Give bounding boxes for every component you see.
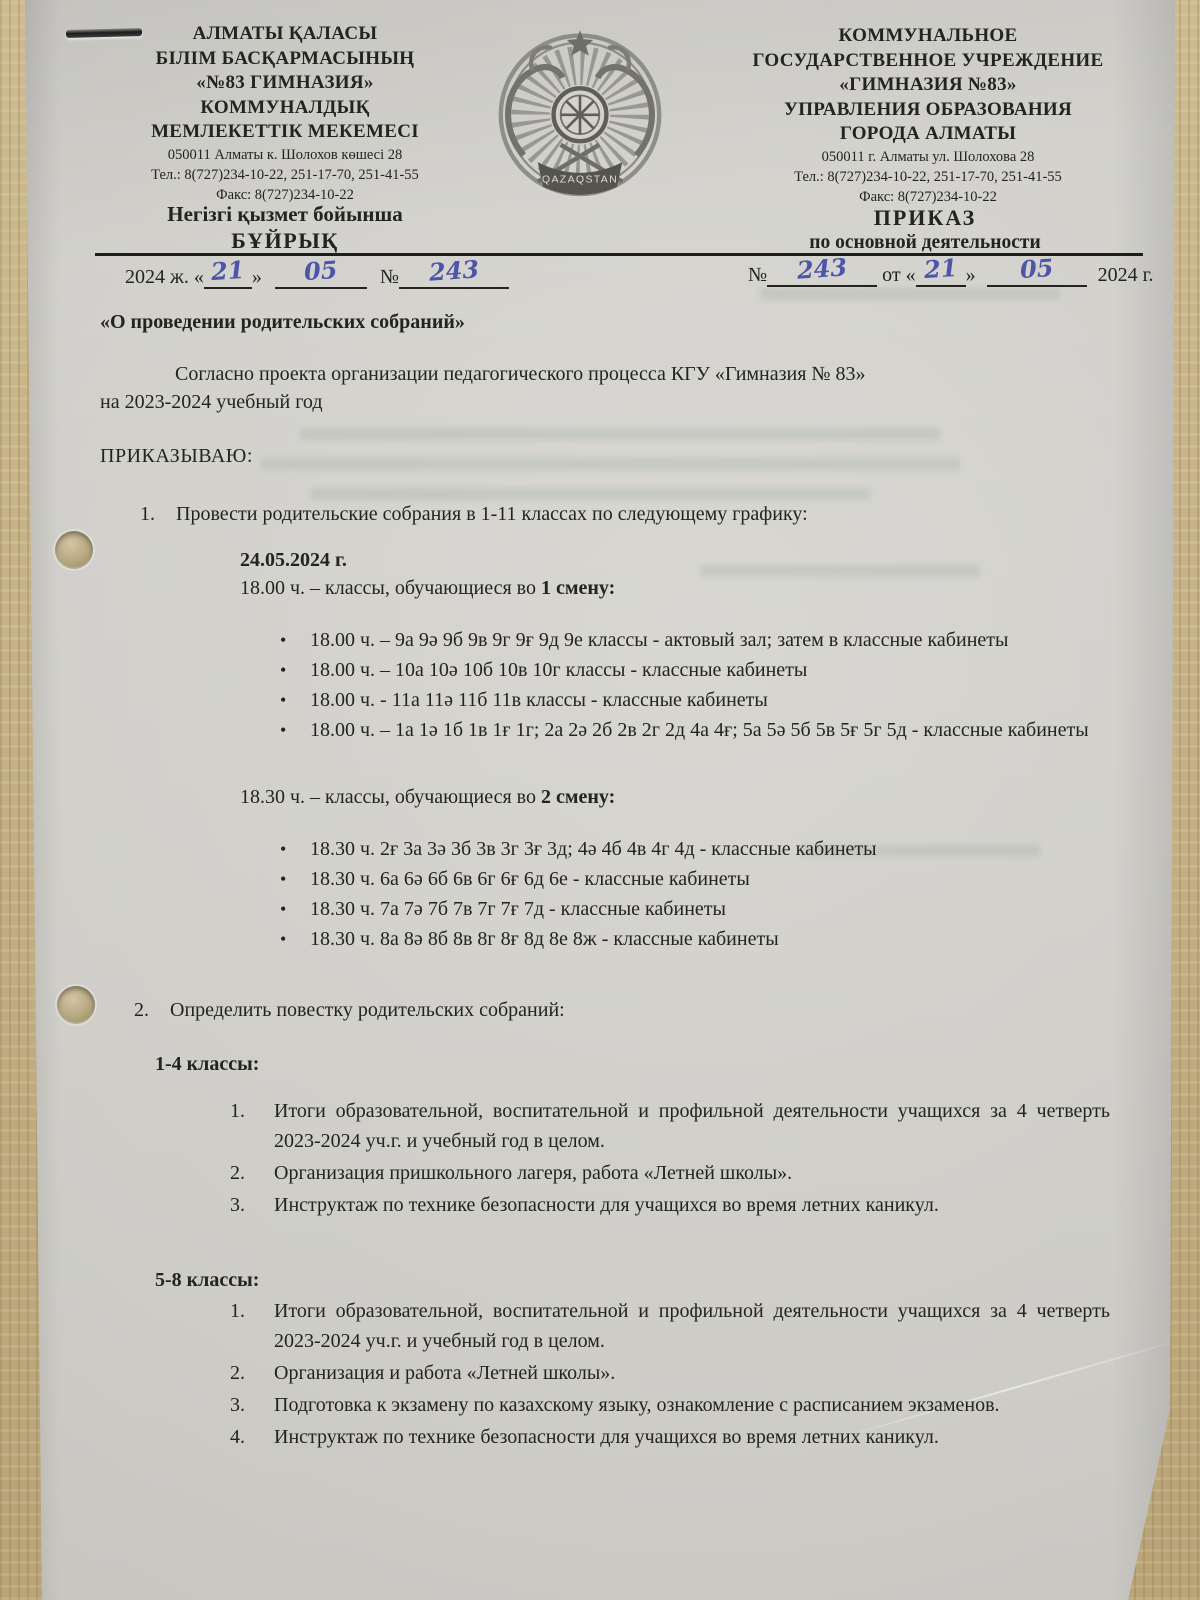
list-item: •18.00 ч. – 9а 9ә 9б 9в 9г 9ғ 9д 9е клас… bbox=[280, 626, 1110, 655]
list-item-text: 18.30 ч. 7а 7ә 7б 7в 7г 7ғ 7д - классные… bbox=[310, 895, 726, 924]
intro-paragraph: Согласно проекта организации педагогичес… bbox=[100, 360, 1110, 416]
list-item: 4.Инструктаж по технике безопасности для… bbox=[230, 1422, 1110, 1452]
from-label: от « bbox=[882, 264, 915, 286]
order-subject-ru: по основной деятельности bbox=[700, 231, 1150, 255]
shift1-list: •18.00 ч. – 9а 9ә 9б 9в 9г 9ғ 9д 9е клас… bbox=[100, 626, 1110, 745]
list-item-text: 18.00 ч. – 10а 10ә 10б 10в 10г классы - … bbox=[310, 656, 807, 685]
agenda-list-1-4: 1.Итоги образовательной, воспитательной … bbox=[100, 1096, 1110, 1220]
bullet-icon: • bbox=[280, 686, 310, 715]
list-item-text: Организация пришкольного лагеря, работа … bbox=[274, 1158, 1110, 1188]
list-item-text: Итоги образовательной, воспитательной и … bbox=[274, 1296, 1110, 1356]
order-dateline-kazakh: 2024 ж. «21» 05 №243 bbox=[125, 261, 509, 289]
quote-close: » bbox=[252, 266, 262, 288]
org-name-line: УПРАВЛЕНИЯ ОБРАЗОВАНИЯ bbox=[703, 98, 1153, 123]
list-item-text: 18.00 ч. - 11а 11ә 11б 11в классы - клас… bbox=[310, 686, 768, 715]
order-item-2: 2. Определить повестку родительских собр… bbox=[100, 996, 1110, 1024]
desk-background: { "colors": {"ink":"#23241f","hand_ink":… bbox=[0, 0, 1200, 1600]
bullet-icon: • bbox=[280, 626, 310, 655]
list-item-text: Подготовка к экзамену по казахскому язык… bbox=[274, 1390, 1110, 1420]
scanned-document-page: АЛМАТЫ ҚАЛАСЫ БІЛІМ БАСҚАРМАСЫНЫҢ «№83 Г… bbox=[0, 0, 1200, 1600]
number-sign: № bbox=[380, 266, 399, 288]
list-item: •18.30 ч. 8а 8ә 8б 8в 8г 8ғ 8д 8е 8ж - к… bbox=[280, 925, 1110, 954]
list-item: •18.30 ч. 7а 7ә 7б 7в 7г 7ғ 7д - классны… bbox=[280, 895, 1110, 924]
list-item-text: Организация и работа «Летней школы». bbox=[274, 1358, 1110, 1388]
item-number: 3. bbox=[230, 1390, 274, 1420]
org-name-line: КОММУНАЛДЫҚ bbox=[85, 96, 485, 121]
shift1-bold: 1 смену: bbox=[541, 577, 615, 599]
org-name-line: «№83 ГИМНАЗИЯ» bbox=[85, 71, 485, 96]
bleed-through-smudge bbox=[760, 288, 1060, 300]
header-divider-line bbox=[95, 253, 1143, 256]
order-word-ru: ПРИКАЗ bbox=[700, 204, 1150, 231]
list-item: 1.Итоги образовательной, воспитательной … bbox=[230, 1296, 1110, 1356]
org-address: 050011 г. Алматы ул. Шолохова 28 bbox=[703, 148, 1153, 167]
document-title: «О проведении родительских собраний» bbox=[100, 308, 1110, 336]
document-body: «О проведении родительских собраний» Сог… bbox=[100, 308, 1110, 1454]
org-block-russian: КОММУНАЛЬНОЕ ГОСУДАРСТВЕННОЕ УЧРЕЖДЕНИЕ … bbox=[703, 24, 1153, 207]
org-name-line: АЛМАТЫ ҚАЛАСЫ bbox=[85, 22, 485, 47]
handwritten-number: 243 bbox=[428, 259, 479, 282]
handwritten-number: 243 bbox=[796, 257, 847, 280]
list-item-text: Инструктаж по технике безопасности для у… bbox=[274, 1422, 1110, 1452]
year-suffix: 2024 г. bbox=[1098, 264, 1154, 286]
list-item-text: 18.30 ч. 6а 6ә 6б 6в 6г 6ғ 6д 6е - класс… bbox=[310, 865, 750, 894]
bullet-icon: • bbox=[280, 925, 310, 954]
shift2-bold: 2 смену: bbox=[541, 786, 615, 808]
item-number: 1. bbox=[140, 500, 176, 528]
list-item: •18.00 ч. - 11а 11ә 11б 11в классы - кла… bbox=[280, 686, 1110, 715]
shift1-heading: 18.00 ч. – классы, обучающиеся во 1 смен… bbox=[240, 574, 1110, 602]
list-item: 3.Инструктаж по технике безопасности для… bbox=[230, 1190, 1110, 1220]
bullet-icon: • bbox=[280, 656, 310, 685]
kazakhstan-coat-of-arms-icon: QAZAQSTAN bbox=[492, 22, 668, 204]
schedule-date: 24.05.2024 г. bbox=[240, 546, 1110, 574]
bullet-icon: • bbox=[280, 865, 310, 894]
org-phone: Тел.: 8(727)234-10-22, 251-17-70, 251-41… bbox=[85, 166, 485, 185]
org-phone: Тел.: 8(727)234-10-22, 251-17-70, 251-41… bbox=[703, 168, 1153, 187]
list-item: 2.Организация и работа «Летней школы». bbox=[230, 1358, 1110, 1388]
list-item: 2.Организация пришкольного лагеря, работ… bbox=[230, 1158, 1110, 1188]
agenda-list-5-8: 1.Итоги образовательной, воспитательной … bbox=[100, 1296, 1110, 1452]
list-item: •18.00 ч. – 1а 1ә 1б 1в 1ғ 1г; 2а 2ә 2б … bbox=[280, 716, 1110, 745]
org-name-line: ГОСУДАРСТВЕННОЕ УЧРЕЖДЕНИЕ bbox=[703, 49, 1153, 74]
order-item-1: 1. Провести родительские собрания в 1-11… bbox=[100, 500, 1110, 528]
intro-line: Согласно проекта организации педагогичес… bbox=[100, 360, 1110, 388]
item-number: 1. bbox=[230, 1296, 274, 1356]
item-text: Определить повестку родительских собрани… bbox=[170, 996, 565, 1024]
resolution-word: ПРИКАЗЫВАЮ: bbox=[100, 442, 1110, 470]
item-number: 4. bbox=[230, 1422, 274, 1452]
agenda-heading-5-8: 5-8 классы: bbox=[100, 1266, 1110, 1294]
bullet-icon: • bbox=[280, 716, 310, 745]
bullet-icon: • bbox=[280, 895, 310, 924]
list-item-text: 18.00 ч. – 1а 1ә 1б 1в 1ғ 1г; 2а 2ә 2б 2… bbox=[310, 716, 1089, 745]
emblem-caption: QAZAQSTAN bbox=[542, 174, 618, 186]
item-number: 2. bbox=[230, 1358, 274, 1388]
item-text: Провести родительские собрания в 1-11 кл… bbox=[176, 500, 808, 528]
order-subject-kz: Негізгі қызмет бойынша bbox=[85, 201, 485, 227]
handwritten-day: 21 bbox=[210, 260, 245, 282]
schedule-header: 24.05.2024 г. 18.00 ч. – классы, обучающ… bbox=[100, 546, 1110, 602]
org-name-line: КОММУНАЛЬНОЕ bbox=[703, 24, 1153, 49]
org-address: 050011 Алматы к. Шолохов көшесі 28 bbox=[85, 146, 485, 165]
order-heading-kazakh: Негізгі қызмет бойынша БҰЙРЫҚ bbox=[85, 201, 485, 254]
item-number: 3. bbox=[230, 1190, 274, 1220]
list-item-text: 18.30 ч. 8а 8ә 8б 8в 8г 8ғ 8д 8е 8ж - кл… bbox=[310, 925, 779, 954]
org-name-line: МЕМЛЕКЕТТІК МЕКЕМЕСІ bbox=[85, 120, 485, 145]
list-item: •18.00 ч. – 10а 10ә 10б 10в 10г классы -… bbox=[280, 656, 1110, 685]
order-dateline-russian: №243 от «21» 05 2024 г. bbox=[748, 259, 1154, 287]
handwritten-month: 05 bbox=[1019, 258, 1054, 280]
intro-line: на 2023-2024 учебный год bbox=[100, 388, 1110, 416]
number-sign: № bbox=[748, 264, 767, 286]
bullet-icon: • bbox=[280, 835, 310, 864]
order-word-kz: БҰЙРЫҚ bbox=[85, 227, 485, 254]
shift2-heading: 18.30 ч. – классы, обучающиеся во 2 смен… bbox=[100, 783, 1110, 811]
item-number: 2. bbox=[134, 996, 170, 1024]
hole-punch-top bbox=[55, 531, 93, 569]
item-number: 1. bbox=[230, 1096, 274, 1156]
org-name-line: БІЛІМ БАСҚАРМАСЫНЫҢ bbox=[85, 47, 485, 72]
org-name-line: «ГИМНАЗИЯ №83» bbox=[703, 73, 1153, 98]
list-item-text: 18.00 ч. – 9а 9ә 9б 9в 9г 9ғ 9д 9е класс… bbox=[310, 626, 1008, 655]
agenda-heading-1-4: 1-4 классы: bbox=[100, 1050, 1110, 1078]
hole-punch-bottom bbox=[57, 986, 95, 1024]
list-item-text: Инструктаж по технике безопасности для у… bbox=[274, 1190, 1110, 1220]
handwritten-month: 05 bbox=[303, 260, 338, 282]
order-heading-russian: ПРИКАЗ по основной деятельности bbox=[700, 204, 1150, 255]
list-item-text: Итоги образовательной, воспитательной и … bbox=[274, 1096, 1110, 1156]
list-item: 3.Подготовка к экзамену по казахскому яз… bbox=[230, 1390, 1110, 1420]
handwritten-day: 21 bbox=[923, 258, 958, 280]
date-prefix: 2024 ж. « bbox=[125, 266, 204, 288]
org-block-kazakh: АЛМАТЫ ҚАЛАСЫ БІЛІМ БАСҚАРМАСЫНЫҢ «№83 Г… bbox=[85, 22, 485, 205]
shift2-list: •18.30 ч. 2ғ 3а 3ә 3б 3в 3г 3ғ 3д; 4ә 4б… bbox=[100, 835, 1110, 954]
list-item: •18.30 ч. 6а 6ә 6б 6в 6г 6ғ 6д 6е - клас… bbox=[280, 865, 1110, 894]
list-item-text: 18.30 ч. 2ғ 3а 3ә 3б 3в 3г 3ғ 3д; 4ә 4б … bbox=[310, 835, 877, 864]
list-item: 1.Итоги образовательной, воспитательной … bbox=[230, 1096, 1110, 1156]
org-name-line: ГОРОДА АЛМАТЫ bbox=[703, 122, 1153, 147]
item-number: 2. bbox=[230, 1158, 274, 1188]
quote-close: » bbox=[966, 264, 976, 286]
list-item: •18.30 ч. 2ғ 3а 3ә 3б 3в 3г 3ғ 3д; 4ә 4б… bbox=[280, 835, 1110, 864]
